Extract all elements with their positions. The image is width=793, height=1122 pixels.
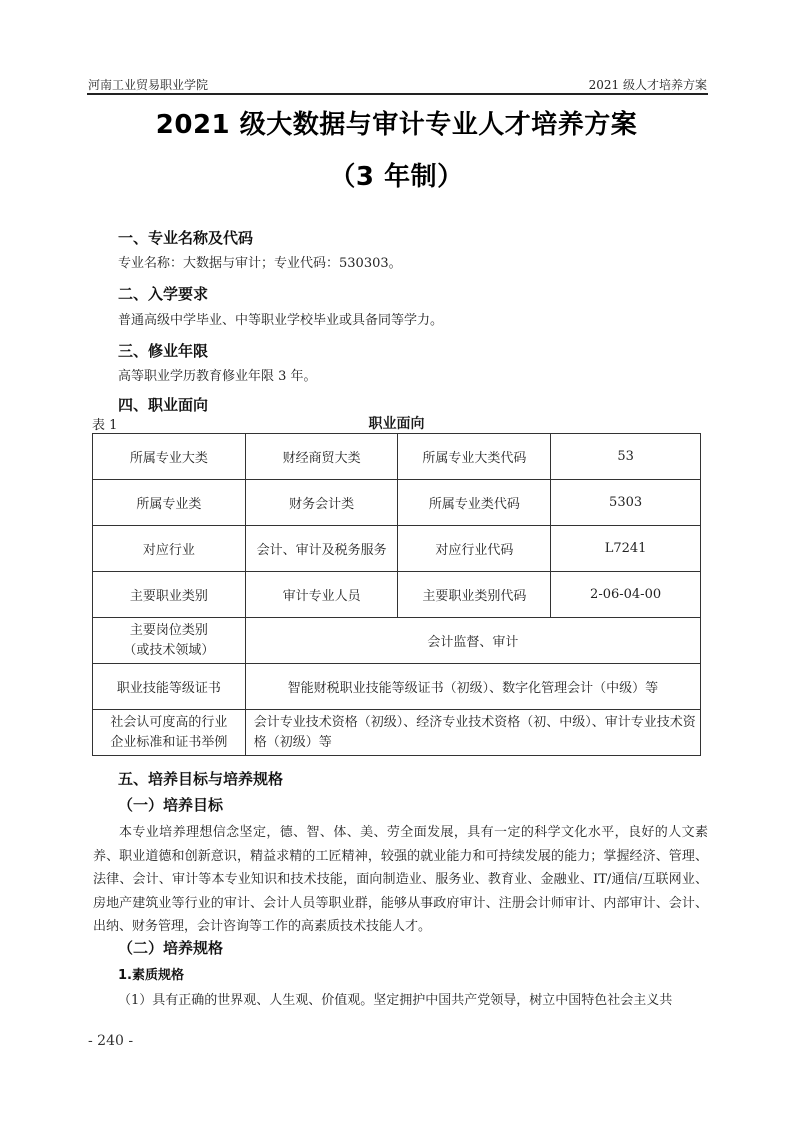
section-heading-1: 一、专业名称及代码 [118,227,253,248]
post-category-label-line2: （或技术领域） [97,641,241,661]
table-cell-post-category-value: 会计监督、审计 [245,618,700,664]
item-heading-quality: 1.素质规格 [118,964,184,983]
subsection-heading-objective: （一）培养目标 [118,794,223,815]
section-heading-2: 二、入学要求 [118,283,208,304]
section-heading-4: 四、职业面向 [118,394,208,415]
table-cell: 审计专业人员 [245,572,398,618]
section-heading-5: 五、培养目标与培养规格 [118,768,283,789]
table-row: 所属专业类 财务会计类 所属专业类代码 5303 [93,480,701,526]
industry-cert-label-line2: 企业标准和证书举例 [97,733,241,753]
table-cell-industry-cert-label: 社会认可度高的行业 企业标准和证书举例 [93,710,246,756]
table-cell: 主要职业类别 [93,572,246,618]
table-cell: 5303 [551,480,701,526]
section-text-3: 高等职业学历教育修业年限 3 年。 [118,365,317,384]
table-cell: L7241 [551,526,701,572]
table-cell: 所属专业类 [93,480,246,526]
table-cell-industry-cert-value: 会计专业技术资格（初级）、经济专业技术资格（初、中级）、审计专业技术资格（初级）… [245,710,700,756]
table-cell-skill-cert-value: 智能财税职业技能等级证书（初级）、数字化管理会计（中级）等 [245,664,700,710]
table-cell: 所属专业类代码 [398,480,551,526]
table-cell: 会计、审计及税务服务 [245,526,398,572]
subsection-heading-specification: （二）培养规格 [118,937,223,958]
table-cell: 对应行业代码 [398,526,551,572]
quality-item-1: （1）具有正确的世界观、人生观、价值观。坚定拥护中国共产党领导，树立中国特色社会… [118,989,672,1008]
section-text-1: 专业名称：大数据与审计；专业代码：530303。 [118,252,402,271]
post-category-label-line1: 主要岗位类别 [97,621,241,641]
running-header-doc-name: 2021 级人才培养方案 [589,76,707,93]
page-number: - 240 - [88,1033,133,1049]
occupation-table: 所属专业大类 财经商贸大类 所属专业大类代码 53 所属专业类 财务会计类 所属… [92,433,701,756]
document-subtitle: （3 年制） [0,156,793,193]
table-cell: 所属专业大类代码 [398,434,551,480]
document-title: 2021 级大数据与审计专业人才培养方案 [0,104,793,141]
industry-cert-label-line1: 社会认可度高的行业 [97,713,241,733]
header-rule [87,93,708,95]
running-header-institution: 河南工业贸易职业学院 [88,76,208,93]
table-cell-skill-cert-label: 职业技能等级证书 [93,664,246,710]
table-row: 社会认可度高的行业 企业标准和证书举例 会计专业技术资格（初级）、经济专业技术资… [93,710,701,756]
objective-paragraph: 本专业培养理想信念坚定，德、智、体、美、劳全面发展，具有一定的科学文化水平，良好… [93,821,708,939]
table-row: 对应行业 会计、审计及税务服务 对应行业代码 L7241 [93,526,701,572]
table-row: 所属专业大类 财经商贸大类 所属专业大类代码 53 [93,434,701,480]
table-row: 主要岗位类别 （或技术领域） 会计监督、审计 [93,618,701,664]
table-cell-post-category-label: 主要岗位类别 （或技术领域） [93,618,246,664]
table-cell: 2-06-04-00 [551,572,701,618]
table-row: 职业技能等级证书 智能财税职业技能等级证书（初级）、数字化管理会计（中级）等 [93,664,701,710]
section-heading-3: 三、修业年限 [118,340,208,361]
table-row: 主要职业类别 审计专业人员 主要职业类别代码 2-06-04-00 [93,572,701,618]
table-cell: 所属专业大类 [93,434,246,480]
table-cell: 53 [551,434,701,480]
section-text-2: 普通高级中学毕业、中等职业学校毕业或具备同等学力。 [118,309,443,328]
table-cell: 财经商贸大类 [245,434,398,480]
table-cell: 对应行业 [93,526,246,572]
table-cell: 主要职业类别代码 [398,572,551,618]
table-cell: 财务会计类 [245,480,398,526]
table-caption: 职业面向 [0,413,793,433]
